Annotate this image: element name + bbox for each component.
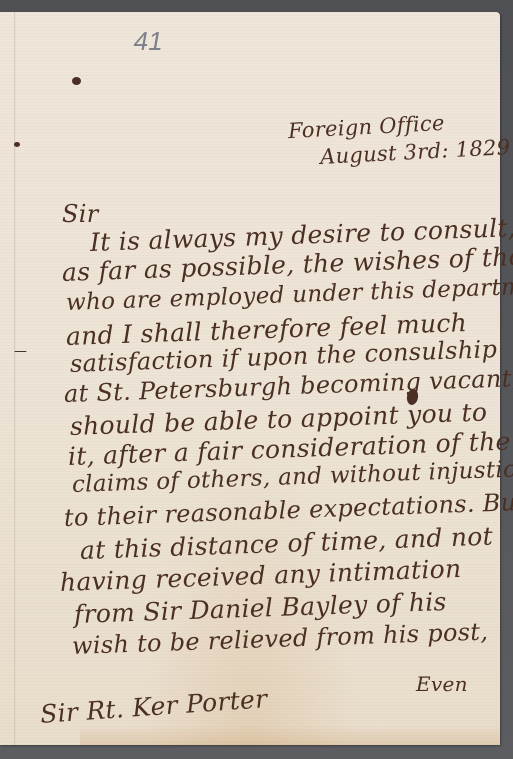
catchword: Even — [416, 672, 468, 696]
page-fold-line — [14, 12, 16, 745]
folio-number: 41 — [131, 26, 165, 57]
margin-dot — [14, 142, 20, 147]
ink-blot — [72, 77, 81, 85]
margin-mark: — — [14, 344, 27, 359]
foxing-stain — [80, 725, 500, 745]
salutation: Sir — [62, 200, 99, 228]
